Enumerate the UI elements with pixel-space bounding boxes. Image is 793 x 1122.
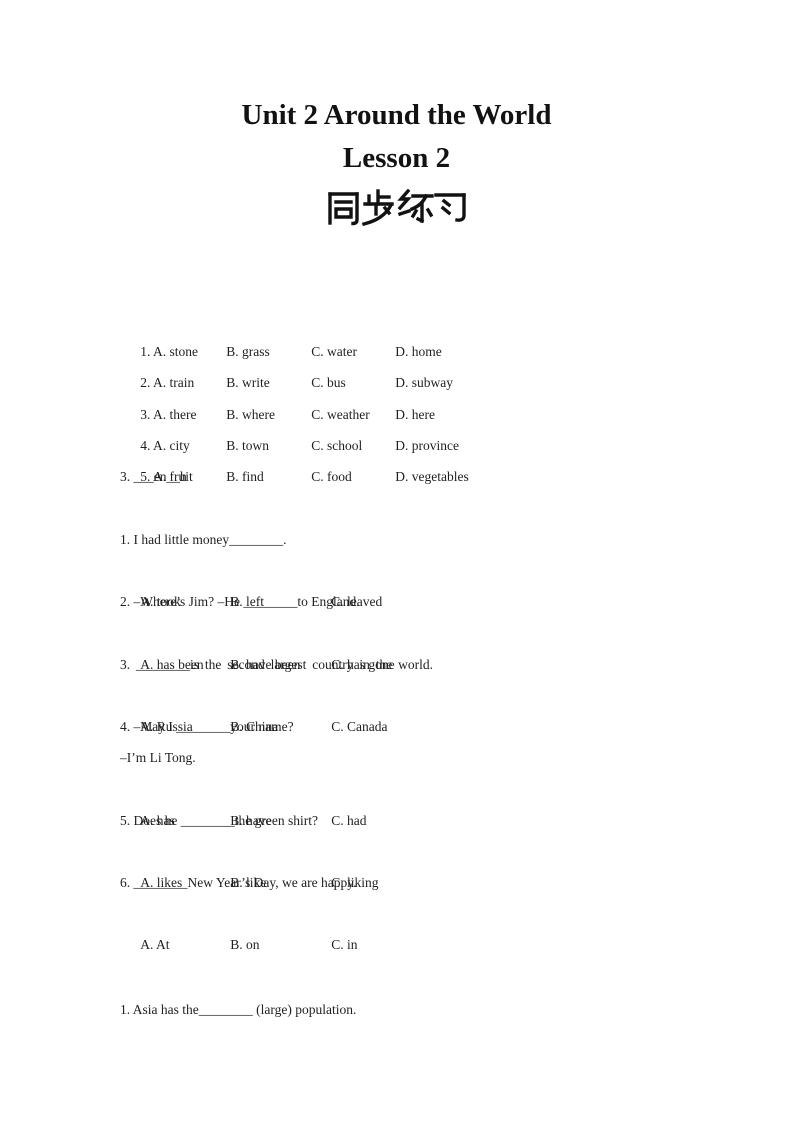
question-line: 1. Asia has the________ (large) populati… xyxy=(120,994,740,1025)
option-a: 4. A. city xyxy=(140,430,226,461)
option-c: C. Canada xyxy=(331,711,387,742)
option-d: D. here xyxy=(395,399,435,430)
option-d: D. vegetables xyxy=(395,461,468,492)
option-d: D. subway xyxy=(395,367,453,398)
options-row: A. AtB. onC. in xyxy=(120,898,740,929)
question-line: 5. Does he ________the green shirt? xyxy=(120,805,740,836)
options-row: A. likesB. likeC. liking xyxy=(120,836,740,867)
option-b: B. town xyxy=(226,430,311,461)
option-a: 1. A. stone xyxy=(140,336,226,367)
option-a: 2. A. train xyxy=(140,367,226,398)
grammar-choice-section: 1. I had little money________. A. tookB.… xyxy=(120,524,740,929)
options-row: A. hasB. haveC. had xyxy=(120,774,740,805)
question-reply-line: –I’m Li Tong. xyxy=(120,742,740,773)
option-c: C. in xyxy=(331,929,357,960)
question-line: 4. –May I ________your name? xyxy=(120,711,740,742)
option-b: B. find xyxy=(226,461,311,492)
option-b: B. grass xyxy=(226,336,311,367)
worksheet-page: Unit 2 Around the World Lesson 2 同步练习 xyxy=(0,0,793,1122)
option-d: D. province xyxy=(395,430,459,461)
title-line-1: Unit 2 Around the World xyxy=(0,94,793,137)
question-line: 1. I had little money________. xyxy=(120,524,740,555)
vocab-choice-section: 1. A. stoneB. grassC. waterD. home 2. A.… xyxy=(120,305,740,492)
option-c: C. water xyxy=(311,336,395,367)
document-title: Unit 2 Around the World Lesson 2 xyxy=(0,94,793,179)
word-form-section: 1. Asia has the________ (large) populati… xyxy=(120,994,740,1025)
option-b: B. where xyxy=(226,399,311,430)
vocab-row: 1. A. stoneB. grassC. waterD. home xyxy=(120,305,740,336)
title-line-2: Lesson 2 xyxy=(0,137,793,180)
option-d: D. home xyxy=(395,336,442,367)
subtitle-cjk: 同步练习 xyxy=(0,189,793,231)
option-a: A. At xyxy=(140,929,230,960)
option-c: C. school xyxy=(311,430,395,461)
subtitle-cjk-glyphs xyxy=(327,189,467,226)
option-c: C. had xyxy=(331,805,366,836)
options-row: A. RussiaB. ChinaC. Canada xyxy=(120,680,740,711)
options-row: A. tookB. leftC. leaved xyxy=(120,555,740,586)
option-c: C. food xyxy=(311,461,395,492)
option-c: C. weather xyxy=(311,399,395,430)
option-b: B. on xyxy=(230,929,331,960)
option-b: B. write xyxy=(226,367,311,398)
option-c: C. bus xyxy=(311,367,395,398)
question-line: 2. –Where’s Jim? –He ________to England. xyxy=(120,586,740,617)
question-line: 6. ________New Year’s Day, we are happy. xyxy=(120,867,740,898)
options-row: A. has beenB. have beenC. has gone xyxy=(120,618,740,649)
option-a: 3. A. there xyxy=(140,399,226,430)
question-line: 3. ________is the second largest country… xyxy=(120,649,740,680)
